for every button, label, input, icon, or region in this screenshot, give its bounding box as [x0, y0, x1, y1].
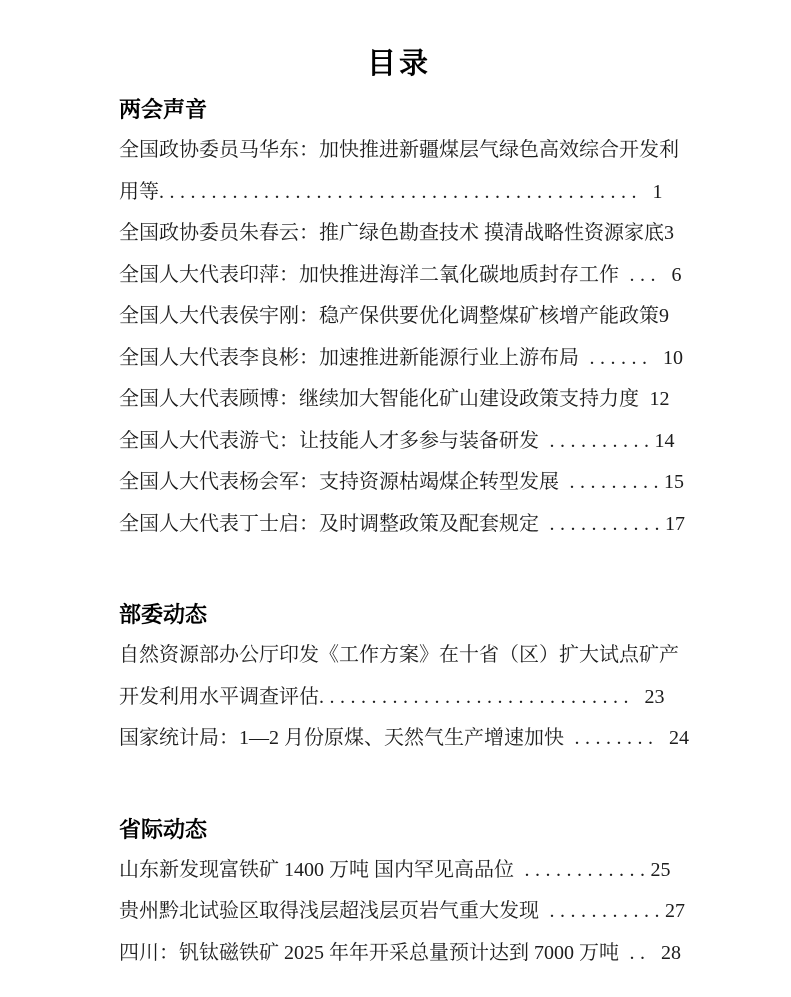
toc-entry: 国家统计局：1—2 月份原煤、天然气生产增速加快 ........ 24 [119, 718, 679, 760]
toc-entry: 全国人大代表李良彬：加速推进新能源行业上游布局 ...... 10 [119, 338, 679, 380]
toc-entry: 四川：钒钛磁铁矿 2025 年年开采总量预计达到 7000 万吨 .. 28 [119, 933, 679, 975]
toc-entry: 全国人大代表顾博：继续加大智能化矿山建设政策支持力度 12 [119, 379, 679, 421]
section-heading: 部委动态 [119, 599, 679, 631]
toc-section: 两会声音全国政协委员马华东：加快推进新疆煤层气绿色高效综合开发利用等......… [119, 94, 679, 545]
section-heading: 两会声音 [119, 94, 679, 126]
page-number: 1 [653, 181, 663, 203]
dot-leader [639, 388, 650, 410]
toc-entry-title: 全国人大代表游弋：让技能人才多参与装备研发 [119, 430, 539, 452]
document-page: 目录 两会声音全国政协委员马华东：加快推进新疆煤层气绿色高效综合开发利用等...… [0, 0, 779, 974]
dot-leader: ........ [564, 727, 669, 749]
toc-entry: 全国人大代表杨会军：支持资源枯竭煤企转型发展 .........15 [119, 462, 679, 504]
dot-leader: ......... [559, 471, 664, 493]
toc-entry-title: 全国人大代表侯宇刚：稳产保供要优化调整煤矿核增产能政策 [119, 305, 659, 327]
toc-entry-title: 全国人大代表杨会军：支持资源枯竭煤企转型发展 [119, 471, 559, 493]
dot-leader: ............ [514, 859, 651, 881]
page-number: 25 [651, 859, 671, 881]
toc-entry: 全国人大代表侯宇刚：稳产保供要优化调整煤矿核增产能政策9 [119, 296, 679, 338]
dot-leader: .............................. [319, 686, 645, 708]
toc-entry-title-continued: 开发利用水平调查评估 [119, 686, 319, 708]
section-heading: 省际动态 [119, 814, 679, 846]
toc-entry-title: 全国人大代表丁士启：及时调整政策及配套规定 [119, 513, 539, 535]
toc-entry: 全国政协委员朱春云：推广绿色勘查技术 摸清战略性资源家底3 [119, 213, 679, 255]
toc-entry: 贵州黔北试验区取得浅层超浅层页岩气重大发现 ...........27 [119, 891, 679, 933]
toc-entry-title: 全国人大代表顾博：继续加大智能化矿山建设政策支持力度 [119, 388, 639, 410]
toc-entry-title: 自然资源部办公厅印发《工作方案》在十省（区）扩大试点矿产 [119, 644, 679, 666]
toc-entry: 全国人大代表丁士启：及时调整政策及配套规定 ...........17 [119, 504, 679, 546]
page-number: 6 [672, 264, 682, 286]
table-of-contents: 两会声音全国政协委员马华东：加快推进新疆煤层气绿色高效综合开发利用等......… [119, 94, 679, 974]
toc-entry: 全国人大代表印萍：加快推进海洋二氧化碳地质封存工作 ... 6 [119, 255, 679, 297]
toc-entry: 山东新发现富铁矿 1400 万吨 国内罕见高品位 ............25 [119, 850, 679, 892]
page-number: 17 [665, 513, 685, 535]
page-number: 28 [661, 942, 681, 964]
page-number: 10 [663, 347, 683, 369]
toc-entry: 自然资源部办公厅印发《工作方案》在十省（区）扩大试点矿产开发利用水平调查评估..… [119, 635, 679, 718]
toc-entry-title: 全国政协委员朱春云：推广绿色勘查技术 摸清战略性资源家底 [119, 222, 664, 244]
page-number: 27 [665, 900, 685, 922]
dot-leader: .. [619, 942, 661, 964]
dot-leader: ... [619, 264, 672, 286]
page-number: 23 [645, 686, 665, 708]
toc-entry-title: 山东新发现富铁矿 1400 万吨 国内罕见高品位 [119, 859, 514, 881]
toc-entry: 全国政协委员马华东：加快推进新疆煤层气绿色高效综合开发利用等..........… [119, 130, 679, 213]
page-number: 15 [664, 471, 684, 493]
dot-leader: ...... [579, 347, 663, 369]
toc-entry-title: 全国人大代表印萍：加快推进海洋二氧化碳地质封存工作 [119, 264, 619, 286]
dot-leader: ........................................… [159, 181, 653, 203]
page-title: 目录 [119, 46, 679, 82]
toc-entry-title: 四川：钒钛磁铁矿 2025 年年开采总量预计达到 7000 万吨 [119, 942, 619, 964]
dot-leader: ........... [539, 900, 665, 922]
dot-leader: ........... [539, 513, 665, 535]
toc-entry-title: 全国政协委员马华东：加快推进新疆煤层气绿色高效综合开发利 [119, 139, 679, 161]
page-number: 24 [669, 727, 689, 749]
dot-leader: .......... [539, 430, 655, 452]
page-number: 3 [664, 222, 674, 244]
toc-entry-title-continued: 用等 [119, 181, 159, 203]
page-number: 9 [659, 305, 669, 327]
toc-entry: 全国人大代表游弋：让技能人才多参与装备研发 ..........14 [119, 421, 679, 463]
page-number: 14 [655, 430, 675, 452]
page-number: 12 [650, 388, 670, 410]
toc-entry-title: 贵州黔北试验区取得浅层超浅层页岩气重大发现 [119, 900, 539, 922]
toc-section: 省际动态山东新发现富铁矿 1400 万吨 国内罕见高品位 ...........… [119, 814, 679, 975]
toc-section: 部委动态自然资源部办公厅印发《工作方案》在十省（区）扩大试点矿产开发利用水平调查… [119, 599, 679, 760]
toc-entry-title: 国家统计局：1—2 月份原煤、天然气生产增速加快 [119, 727, 564, 749]
toc-entry-title: 全国人大代表李良彬：加速推进新能源行业上游布局 [119, 347, 579, 369]
